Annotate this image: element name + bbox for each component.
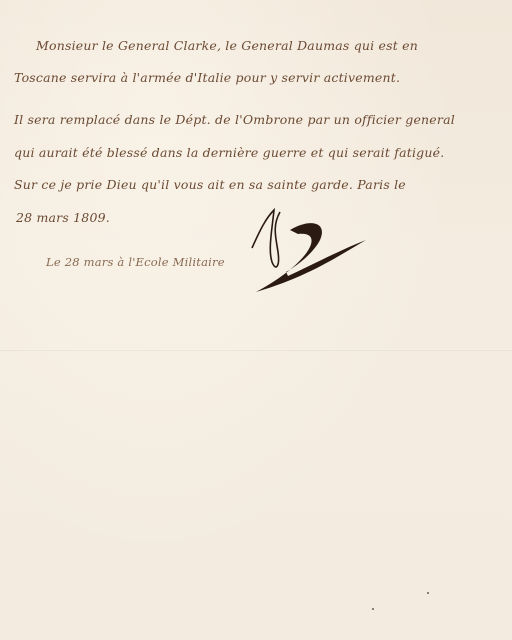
letter-paper: Monsieur le General Clarke, le General D… <box>0 0 512 640</box>
paper-fold-line <box>0 349 512 351</box>
margin-note: Le 28 mars à l'Ecole Militaire <box>46 255 225 269</box>
letter-line-1: Monsieur le General Clarke, le General D… <box>36 38 418 53</box>
letter-line-4: qui aurait été blessé dans la dernière g… <box>14 145 444 160</box>
letter-line-5: Sur ce je prie Dieu qu'il vous ait en sa… <box>14 177 406 192</box>
paper-speck <box>427 592 429 594</box>
letter-line-3: Il sera remplacé dans le Dépt. de l'Ombr… <box>14 112 455 127</box>
signature-mark <box>250 200 370 300</box>
letter-line-2: Toscane servira à l'armée d'Italie pour … <box>14 70 400 85</box>
letter-date: 28 mars 1809. <box>16 210 110 225</box>
paper-speck <box>372 608 374 610</box>
